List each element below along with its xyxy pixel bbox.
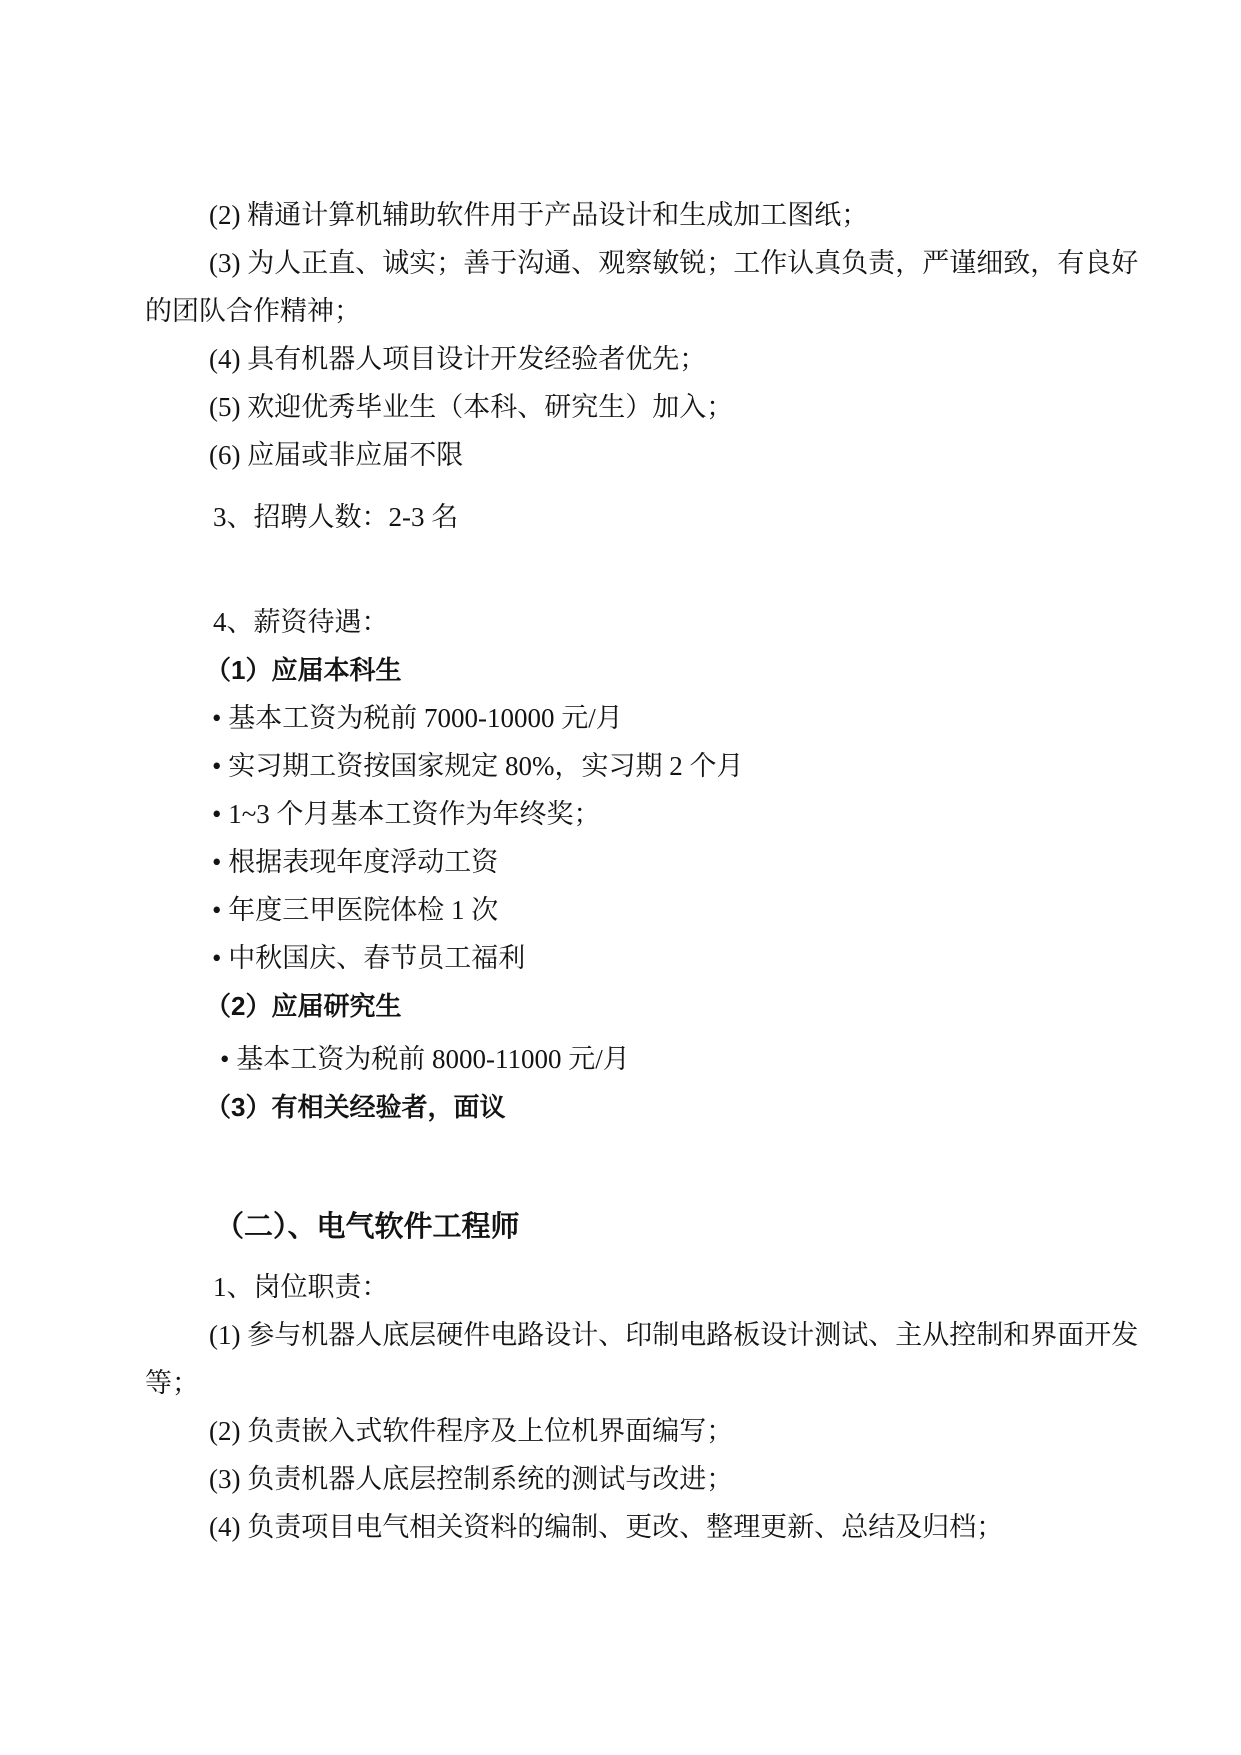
section-heading: （二）、电气软件工程师 [215,1201,1121,1253]
requirement-item: (4) 具有机器人项目设计开发经验者优先； [209,335,1121,383]
document-body: (2) 精通计算机辅助软件用于产品设计和生成加工图纸； (3) 为人正直、诚实；… [0,0,1241,1551]
position-2-section: （二）、电气软件工程师 1、岗位职责： (1) 参与机器人底层硬件电路设计、印制… [145,1201,1121,1551]
headcount-line: 3、招聘人数：2-3 名 [213,493,1121,541]
requirement-item: (2) 精通计算机辅助软件用于产品设计和生成加工图纸； [209,191,1121,239]
salary-group-label-master: （2）应届研究生 [205,982,1121,1030]
benefit-item: • 实习期工资按国家规定 80%，实习期 2 个月 [212,742,1121,790]
benefit-item: • 基本工资为税前 7000-10000 元/月 [212,694,1121,742]
job-requirements-section: (2) 精通计算机辅助软件用于产品设计和生成加工图纸； (3) 为人正直、诚实；… [145,191,1121,479]
duty-item: (3) 负责机器人底层控制系统的测试与改进； [209,1455,1121,1503]
duty-continuation: 等； [145,1359,1121,1407]
requirement-item: (5) 欢迎优秀毕业生（本科、研究生）加入； [209,383,1121,431]
duty-item: (1) 参与机器人底层硬件电路设计、印制电路板设计测试、主从控制和界面开发 [209,1311,1121,1359]
document-page: (2) 精通计算机辅助软件用于产品设计和生成加工图纸； (3) 为人正直、诚实；… [0,0,1241,1755]
benefit-item: • 1~3 个月基本工资作为年终奖； [212,790,1121,838]
salary-heading: 4、薪资待遇： [213,598,1121,646]
benefit-item: • 年度三甲医院体检 1 次 [212,886,1121,934]
salary-group-label-bachelor: （1）应届本科生 [205,646,1121,694]
duties-heading: 1、岗位职责： [213,1263,1121,1311]
benefit-item: • 根据表现年度浮动工资 [212,838,1121,886]
benefit-item: • 中秋国庆、春节员工福利 [212,934,1121,982]
requirement-item: (3) 为人正直、诚实；善于沟通、观察敏锐；工作认真负责，严谨细致，有良好 [209,239,1121,287]
benefit-item: • 基本工资为税前 8000-11000 元/月 [220,1035,1121,1083]
duty-item: (4) 负责项目电气相关资料的编制、更改、整理更新、总结及归档； [209,1503,1121,1551]
salary-group-label-experienced: （3）有相关经验者，面议 [205,1083,1121,1131]
requirement-continuation: 的团队合作精神； [145,287,1121,335]
requirement-item: (6) 应届或非应届不限 [209,431,1121,479]
duty-item: (2) 负责嵌入式软件程序及上位机界面编写； [209,1407,1121,1455]
salary-section: 4、薪资待遇： （1）应届本科生 • 基本工资为税前 7000-10000 元/… [145,598,1121,1131]
